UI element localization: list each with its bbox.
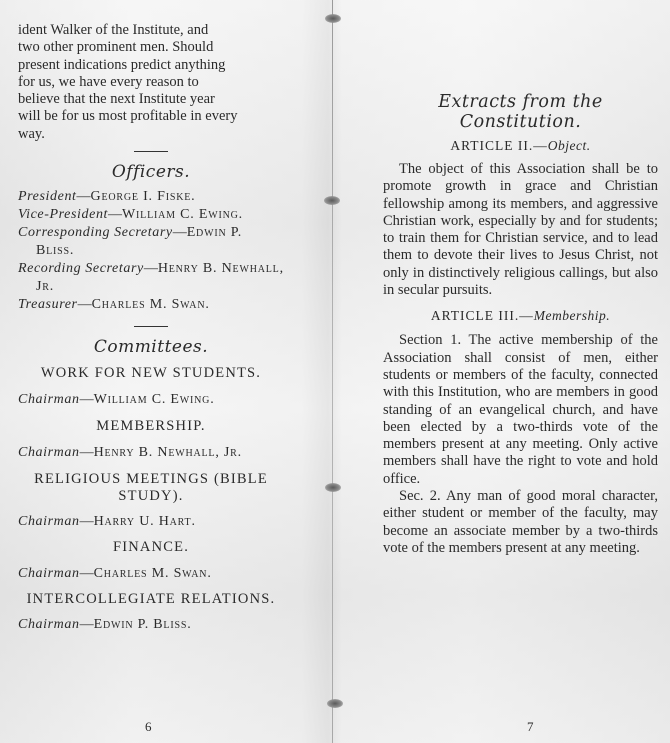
officer-role: Recording Secretary (18, 261, 144, 276)
text-line: two other prominent men. Should (18, 39, 284, 56)
article-2-text: The object of this Association shall be … (383, 161, 658, 299)
chair-label: Chairman (18, 445, 80, 460)
text-line: believe that the next Institute year (18, 91, 284, 108)
officer-entry: President—George I. Fiske. (18, 188, 284, 206)
officer-name: Charles M. Swan. (92, 297, 210, 312)
article-label: ARTICLE II.— (450, 138, 547, 153)
text-line: will be for us most profitable in every (18, 108, 284, 125)
staple-icon (325, 483, 341, 492)
committee-chair: Chairman—Harry U. Hart. (18, 513, 284, 531)
left-page: ident Walker of the Institute, and two o… (18, 0, 284, 634)
staple-icon (324, 196, 340, 205)
text-line: present indications predict anything (18, 57, 284, 74)
officer-entry: Corresponding Secretary—Edwin P. Bliss. (18, 224, 284, 260)
right-page: Extracts from the Constitution. ARTICLE … (383, 0, 658, 557)
officer-role: President (18, 189, 77, 204)
article-subject: Object. (548, 138, 591, 153)
text-line: way. (18, 126, 284, 143)
booklet-spine-fold (332, 0, 333, 743)
officer-role: Corresponding Secretary (18, 225, 173, 240)
committee-title: WORK FOR NEW STUDENTS. (18, 365, 284, 382)
article-3-section-1: Section 1. The active membership of the … (383, 332, 658, 488)
section-divider (134, 151, 168, 152)
committees-list: WORK FOR NEW STUDENTS. Chairman—William … (18, 365, 284, 634)
article-subject: Membership. (534, 308, 610, 323)
chair-label: Chairman (18, 392, 80, 407)
staple-hole-icon (327, 699, 343, 708)
officer-entry: Vice-President—William C. Ewing. (18, 206, 284, 224)
article-label: ARTICLE III.— (431, 308, 534, 323)
chair-name: Edwin P. Bliss. (94, 617, 192, 632)
committee-chair: Chairman—Henry B. Newhall, Jr. (18, 444, 284, 462)
article-3-heading: ARTICLE III.—Membership. (383, 308, 658, 324)
officer-name: William C. Ewing. (122, 207, 243, 222)
chair-name: Harry U. Hart. (94, 514, 196, 529)
committee-chair: Chairman—Edwin P. Bliss. (18, 616, 284, 634)
text-line: for us, we have every reason to (18, 74, 284, 91)
constitution-heading: Extracts from the Constitution. (383, 92, 658, 132)
section-divider (134, 326, 168, 327)
intro-paragraph: ident Walker of the Institute, and two o… (18, 22, 284, 143)
page-number-left: 6 (145, 719, 152, 735)
chair-name: Henry B. Newhall, Jr. (94, 445, 242, 460)
chair-name: William C. Ewing. (94, 392, 215, 407)
committee-title: RELIGIOUS MEETINGS (BIBLE STUDY). (18, 471, 284, 505)
article-2-heading: ARTICLE II.—Object. (383, 138, 658, 154)
officer-role: Vice-President (18, 207, 108, 222)
committees-heading: Committees. (18, 337, 284, 357)
committee-title: MEMBERSHIP. (18, 418, 284, 435)
officer-entry: Treasurer—Charles M. Swan. (18, 296, 284, 314)
article-3-section-2: Sec. 2. Any man of good moral character,… (383, 488, 658, 557)
chair-label: Chairman (18, 566, 80, 581)
officer-entry: Recording Secretary—Henry B. Newhall, Jr… (18, 260, 284, 296)
officer-role: Treasurer (18, 297, 78, 312)
staple-hole-icon (325, 14, 341, 23)
text-line: ident Walker of the Institute, and (18, 22, 284, 39)
officer-name: George I. Fiske. (91, 189, 196, 204)
chair-label: Chairman (18, 617, 80, 632)
committee-chair: Chairman—William C. Ewing. (18, 391, 284, 409)
chair-name: Charles M. Swan. (94, 566, 212, 581)
chair-label: Chairman (18, 514, 80, 529)
committee-chair: Chairman—Charles M. Swan. (18, 565, 284, 583)
officers-heading: Officers. (18, 162, 284, 182)
committee-title: FINANCE. (18, 539, 284, 556)
page-number-right: 7 (527, 719, 534, 735)
committee-title: INTERCOLLEGIATE RELATIONS. (18, 591, 284, 608)
officers-list: President—George I. Fiske. Vice-Presiden… (18, 188, 284, 314)
